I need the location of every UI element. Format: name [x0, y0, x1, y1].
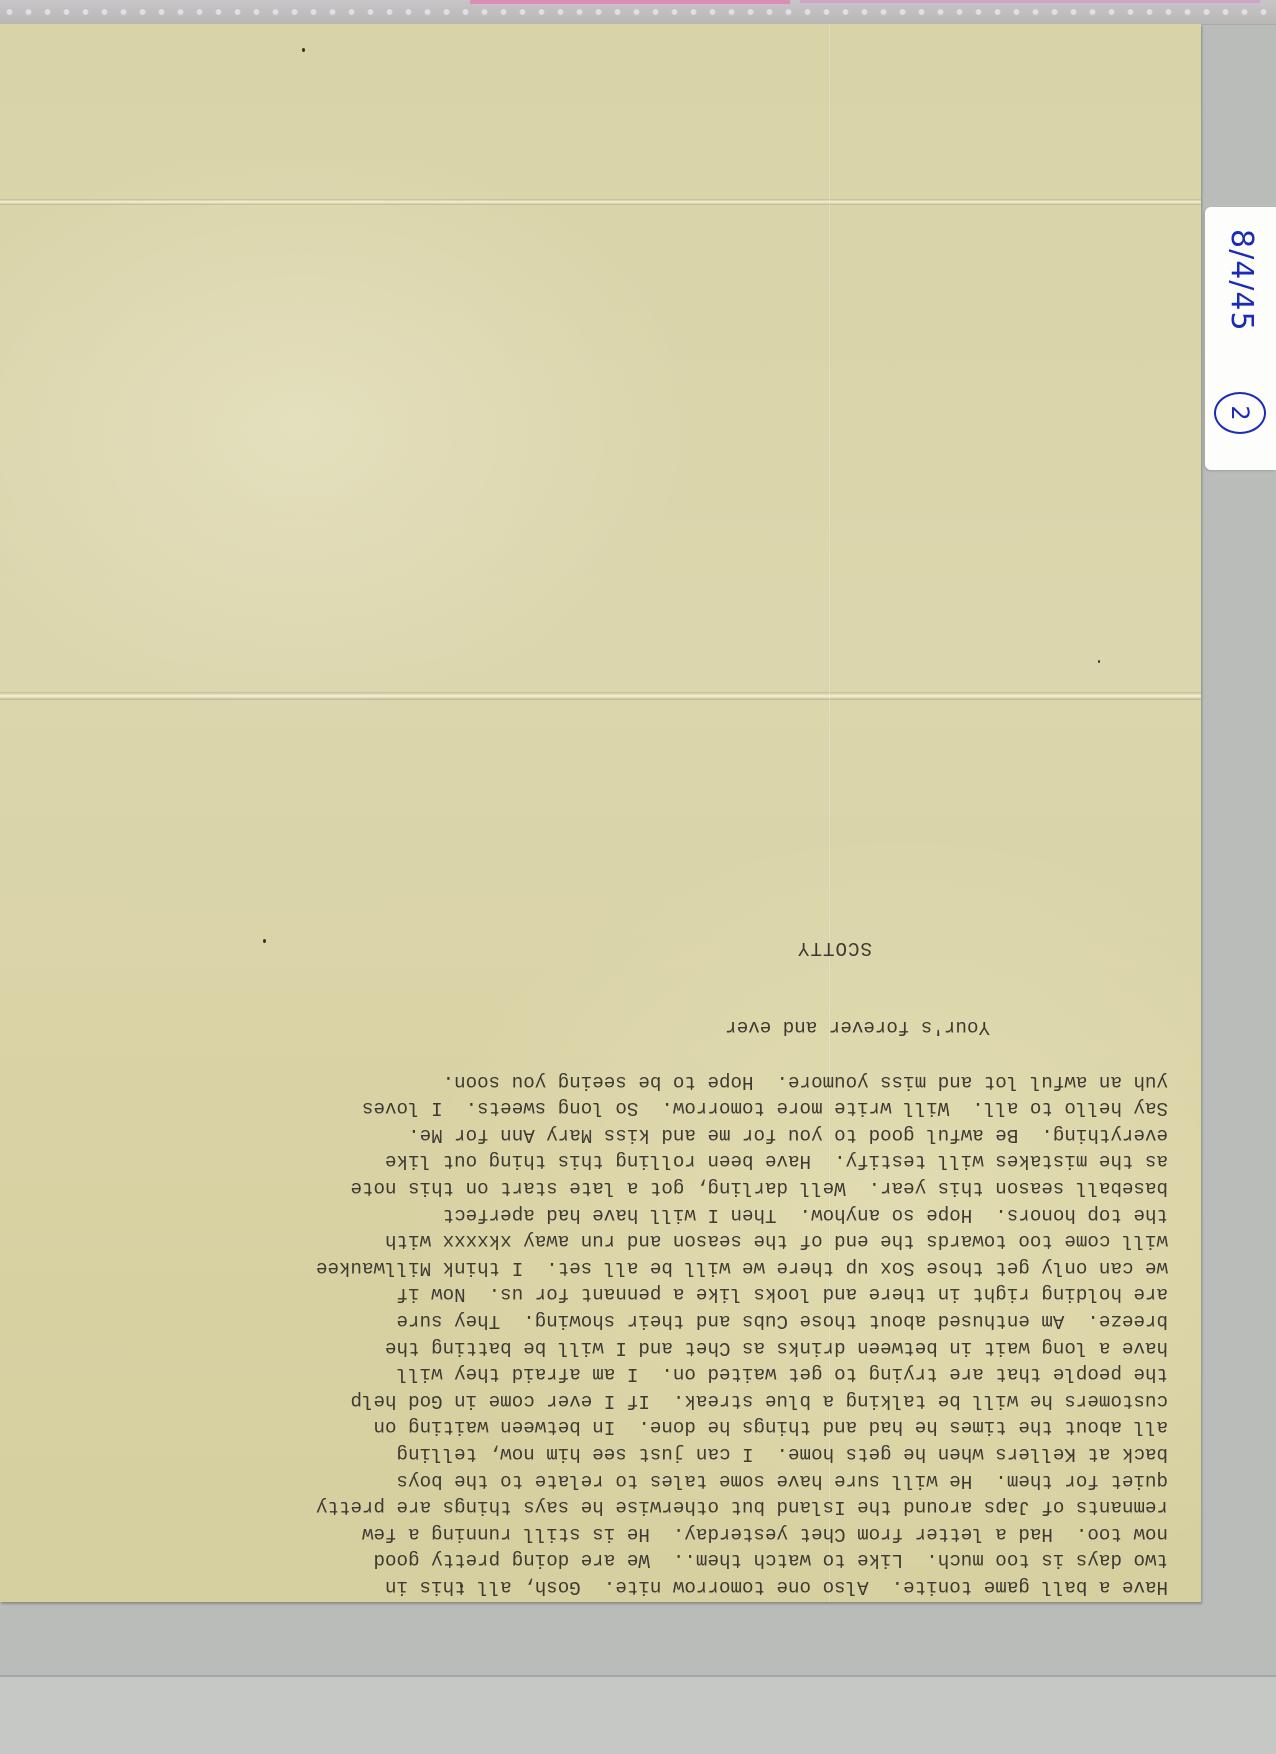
- typed-letter-text: Have a ball game tonite. Also one tomorr…: [148, 900, 1168, 1600]
- letter-line: Say hello to all. Will write more tomorr…: [316, 1095, 1168, 1122]
- sticker-page-number: 2: [1214, 392, 1266, 434]
- letter-line: breeze. Am enthused about those Cubs and…: [316, 1307, 1168, 1334]
- letter-line: back at Kellers when he gets home. I can…: [316, 1440, 1168, 1467]
- letter-line: the people that are trying to get waited…: [316, 1361, 1168, 1388]
- letter-line: two days is too much. Like to watch them…: [316, 1547, 1168, 1574]
- paper-speck: [1098, 660, 1100, 663]
- letter-line: are holding right in there and looks lik…: [316, 1281, 1168, 1308]
- letter-closing: Your's forever and ever: [316, 1014, 1168, 1041]
- archive-label-sticker: 8/4/45 2: [1205, 207, 1276, 470]
- letter-line: customers he will be talking a blue stre…: [316, 1387, 1168, 1414]
- letter-line: yuh an awful lot and miss youmore. Hope …: [316, 1068, 1168, 1095]
- plastic-sleeve-margin: [0, 1677, 1276, 1754]
- letter-line: all about the times he had and things he…: [316, 1414, 1168, 1441]
- letter-line: everything. Be awful good to you for me …: [316, 1121, 1168, 1148]
- letter-line: have a long wait in between drinks as Ch…: [316, 1334, 1168, 1361]
- fold-crease-upper: [0, 199, 1201, 205]
- letter-line: baseball season this year. Well darling,…: [316, 1175, 1168, 1202]
- sleeve-color-stripe: [470, 0, 790, 4]
- letter-line: remnants of Japs around the Island but o…: [316, 1494, 1168, 1521]
- sticker-date: 8/4/45: [1219, 229, 1259, 369]
- letter-signature: SCOTTY: [316, 934, 1168, 961]
- letter-line: will come too towards the end of the sea…: [316, 1228, 1168, 1255]
- sleeve-color-stripe: [800, 0, 1260, 3]
- sleeve-perforation-strip: [0, 6, 1276, 18]
- paper-speck: [302, 48, 305, 52]
- letter-line: we can only get those Sox up there we wi…: [316, 1254, 1168, 1281]
- letter-line: as the mistakes will testify. Have been …: [316, 1148, 1168, 1175]
- letter-line: quiet for them. He will sure have some t…: [316, 1467, 1168, 1494]
- letter-line: Have a ball game tonite. Also one tomorr…: [316, 1573, 1168, 1600]
- letter-line: the top honors. Hope so anyhow. Then I w…: [316, 1201, 1168, 1228]
- fold-crease-middle: [0, 692, 1201, 700]
- plastic-sleeve-top-edge: [0, 0, 1276, 25]
- letter-line: now too. Had a letter from Chet yesterda…: [316, 1520, 1168, 1547]
